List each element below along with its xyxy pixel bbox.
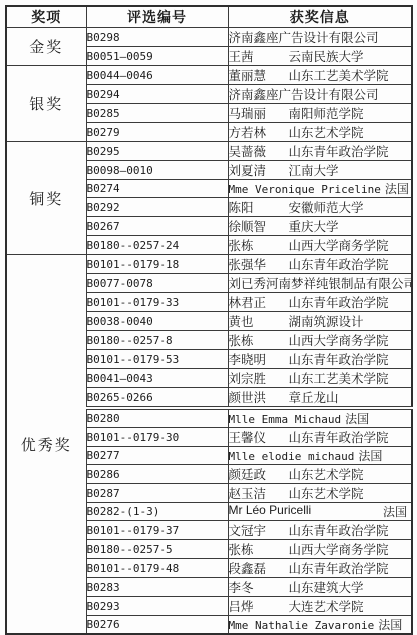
entry-id-cell: B0180--0257-8 [86,331,228,350]
winner-info-cell: 张栋山西大学商务学院 [228,540,412,551]
winner-info-cell: Mr Léo Puricelli法国 [228,503,412,521]
column-header-award: 奖项 [6,6,86,28]
winner-name: 黄也 [229,312,289,330]
winner-info-cell: 方若林山东艺术学院 [228,123,412,142]
winner-name: 张栋 [229,236,289,254]
winner-org: 山东青年政治学院 [289,145,389,159]
entry-id-cell: B0038-0040 [86,312,228,331]
table-row: 优秀奖B0101--0179-18张强华山东青年政治学院 [6,255,412,274]
winner-name: 林君正 [229,293,289,311]
winner-info-cell: 刘已秀河南梦祥纯银制品有限公司 [228,274,412,293]
table-header-row: 奖项 评选编号 获奖信息 [6,6,412,28]
winner-name: 颜世洪 [229,388,289,406]
entry-id-cell: B0041—0043 [86,369,228,388]
winner-org: 山东艺术学院 [289,126,364,140]
winner-info-cell: 张强华山东青年政治学院 [228,255,412,274]
winner-org: 南阳师范学院 [289,107,364,121]
winner-org: 法国 [383,503,407,520]
entry-id-cell: B0282-(1-3) [86,503,228,521]
winner-name: Mlle Emma Michaud [229,413,342,426]
winner-info-cell: 黄也湖南筑源设计 [228,312,412,331]
winner-name: 徐顺智 [229,217,289,235]
award-group-label: 优秀奖 [6,255,86,551]
winner-name: 张栋 [229,540,289,550]
entry-id-cell: B0298 [86,28,228,47]
winner-info-cell: 董丽慧山东工艺美术学院 [228,66,412,85]
winner-info-cell: 林君正山东青年政治学院 [228,293,412,312]
winner-info-cell: 济南鑫座广告设计有限公司 [228,85,412,104]
entry-id-cell: B0051—0059 [86,47,228,66]
table-row: 金奖B0298济南鑫座广告设计有限公司 [6,28,412,47]
entry-id-cell: B0294 [86,85,228,104]
winner-info-cell: 马瑞丽南阳师范学院 [228,104,412,123]
winner-org: 重庆大学 [289,220,339,234]
entry-id-cell: B0287 [86,484,228,503]
winner-org: 济南鑫座广告设计有限公司 [229,31,379,45]
winner-org: 山东艺术学院 [289,468,364,482]
entry-id-cell: B0180--0257-24 [86,236,228,255]
table-body: 金奖B0298济南鑫座广告设计有限公司B0051—0059王茜云南民族大学银奖B… [6,28,412,551]
winner-info-cell: 刘宗胜山东工艺美术学院 [228,369,412,388]
entry-id-cell: B0101--0179-30 [86,428,228,447]
winner-info-cell: 刘夏清江南大学 [228,161,412,180]
winner-info-cell: 文冠宇山东青年政治学院 [228,521,412,540]
winner-info-cell: 济南鑫座广告设计有限公司 [228,28,412,47]
entry-id-cell: B0280 [86,408,228,428]
winner-org: 山东艺术学院 [289,487,364,501]
entry-id-cell: B0295 [86,142,228,161]
winner-info-cell: 颜廷政山东艺术学院 [228,465,412,484]
entry-id-cell: B0180--0257-5 [86,540,228,551]
winner-name: 文冠宇 [229,521,289,539]
entry-id-cell: B0101--0179-33 [86,293,228,312]
winner-info-cell: 陈阳安徽师范大学 [228,198,412,217]
winner-org: 江南大学 [289,164,339,178]
winner-org: 山东青年政治学院 [289,296,389,310]
winner-info-cell: 王馨仪山东青年政治学院 [228,428,412,447]
winner-name: 李晓明 [229,350,289,368]
winner-name: 王茜 [229,47,289,65]
winner-info-cell: Mlle Emma Michaud法国 [228,408,412,428]
entry-id-cell: B0292 [86,198,228,217]
winner-name: 方若林 [229,123,289,141]
entry-id-cell: B0044—0046 [86,66,228,85]
winner-name: 董丽慧 [229,66,289,84]
winner-name: 陈阳 [229,198,289,216]
winner-org: 云南民族大学 [289,50,364,64]
winner-name: 吴蔷薇 [229,142,289,160]
entry-id-cell: B0285 [86,104,228,123]
entry-id-cell: B0265-0266 [86,388,228,409]
winner-info-cell: 颜世洪章丘龙山 [228,388,412,409]
winner-org: 湖南筑源设计 [289,315,364,329]
winner-info-cell: 徐顺智重庆大学 [228,217,412,236]
winner-org: 济南鑫座广告设计有限公司 [229,88,379,102]
awards-table: 奖项 评选编号 获奖信息 金奖B0298济南鑫座广告设计有限公司B0051—00… [5,5,413,550]
winner-name: 张栋 [229,331,289,349]
entry-id-cell: B0077-0078 [86,274,228,293]
winner-org: 法国 [385,182,409,196]
winner-name: 刘宗胜 [229,369,289,387]
winner-name: Mme Veronique Priceline [229,183,381,196]
entry-id-cell: B0098—0010 [86,161,228,180]
winner-name: Mr Léo Puricelli [229,503,312,520]
winner-info-cell: Mme Veronique Priceline法国 [228,180,412,198]
winner-name: 马瑞丽 [229,104,289,122]
entry-id-cell: B0101--0179-37 [86,521,228,540]
entry-id-cell: B0101--0179-53 [86,350,228,369]
winner-info-cell: 李晓明山东青年政治学院 [228,350,412,369]
winner-org: 山东青年政治学院 [289,258,389,272]
winner-org: 山西大学商务学院 [289,543,389,550]
winner-name: 王馨仪 [229,428,289,446]
winner-org: 安徽师范大学 [289,201,364,215]
winner-name: Mlle elodie michaud [229,450,355,463]
winner-name: 颜廷政 [229,465,289,483]
winner-name: 赵玉洁 [229,484,289,502]
winner-org: 法国 [345,412,369,426]
winner-org: 法国 [358,449,382,463]
awards-page: 奖项 评选编号 获奖信息 金奖B0298济南鑫座广告设计有限公司B0051—00… [5,5,413,550]
table-row: 铜奖B0295吴蔷薇山东青年政治学院 [6,142,412,161]
award-group-label: 银奖 [6,66,86,142]
entry-id-cell: B0101--0179-18 [86,255,228,274]
winner-name: 张强华 [229,255,289,273]
winner-org: 山东青年政治学院 [289,353,389,367]
entry-id-cell: B0274 [86,180,228,198]
award-group-label: 铜奖 [6,142,86,255]
winner-org: 章丘龙山 [289,391,339,405]
winner-org: 山西大学商务学院 [289,239,389,253]
winner-org: 山西大学商务学院 [289,334,389,348]
winner-info-cell: 赵玉洁山东艺术学院 [228,484,412,503]
winner-org: 刘已秀河南梦祥纯银制品有限公司 [229,277,413,291]
winner-org: 山东青年政治学院 [289,524,389,538]
winner-info-cell: 张栋山西大学商务学院 [228,236,412,255]
winner-name: 刘夏清 [229,161,289,179]
entry-id-cell: B0277 [86,447,228,465]
winner-info-cell: Mlle elodie michaud法国 [228,447,412,465]
winner-info-cell: 吴蔷薇山东青年政治学院 [228,142,412,161]
entry-id-cell: B0267 [86,217,228,236]
winner-org: 山东工艺美术学院 [289,69,389,83]
table-row: 银奖B0044—0046董丽慧山东工艺美术学院 [6,66,412,85]
award-group-label: 金奖 [6,28,86,66]
column-header-entry-id: 评选编号 [86,6,228,28]
column-header-winner-info: 获奖信息 [228,6,412,28]
winner-org: 山东青年政治学院 [289,431,389,445]
winner-info-cell: 王茜云南民族大学 [228,47,412,66]
entry-id-cell: B0279 [86,123,228,142]
winner-info-cell: 张栋山西大学商务学院 [228,331,412,350]
entry-id-cell: B0286 [86,465,228,484]
winner-org: 山东工艺美术学院 [289,372,389,386]
